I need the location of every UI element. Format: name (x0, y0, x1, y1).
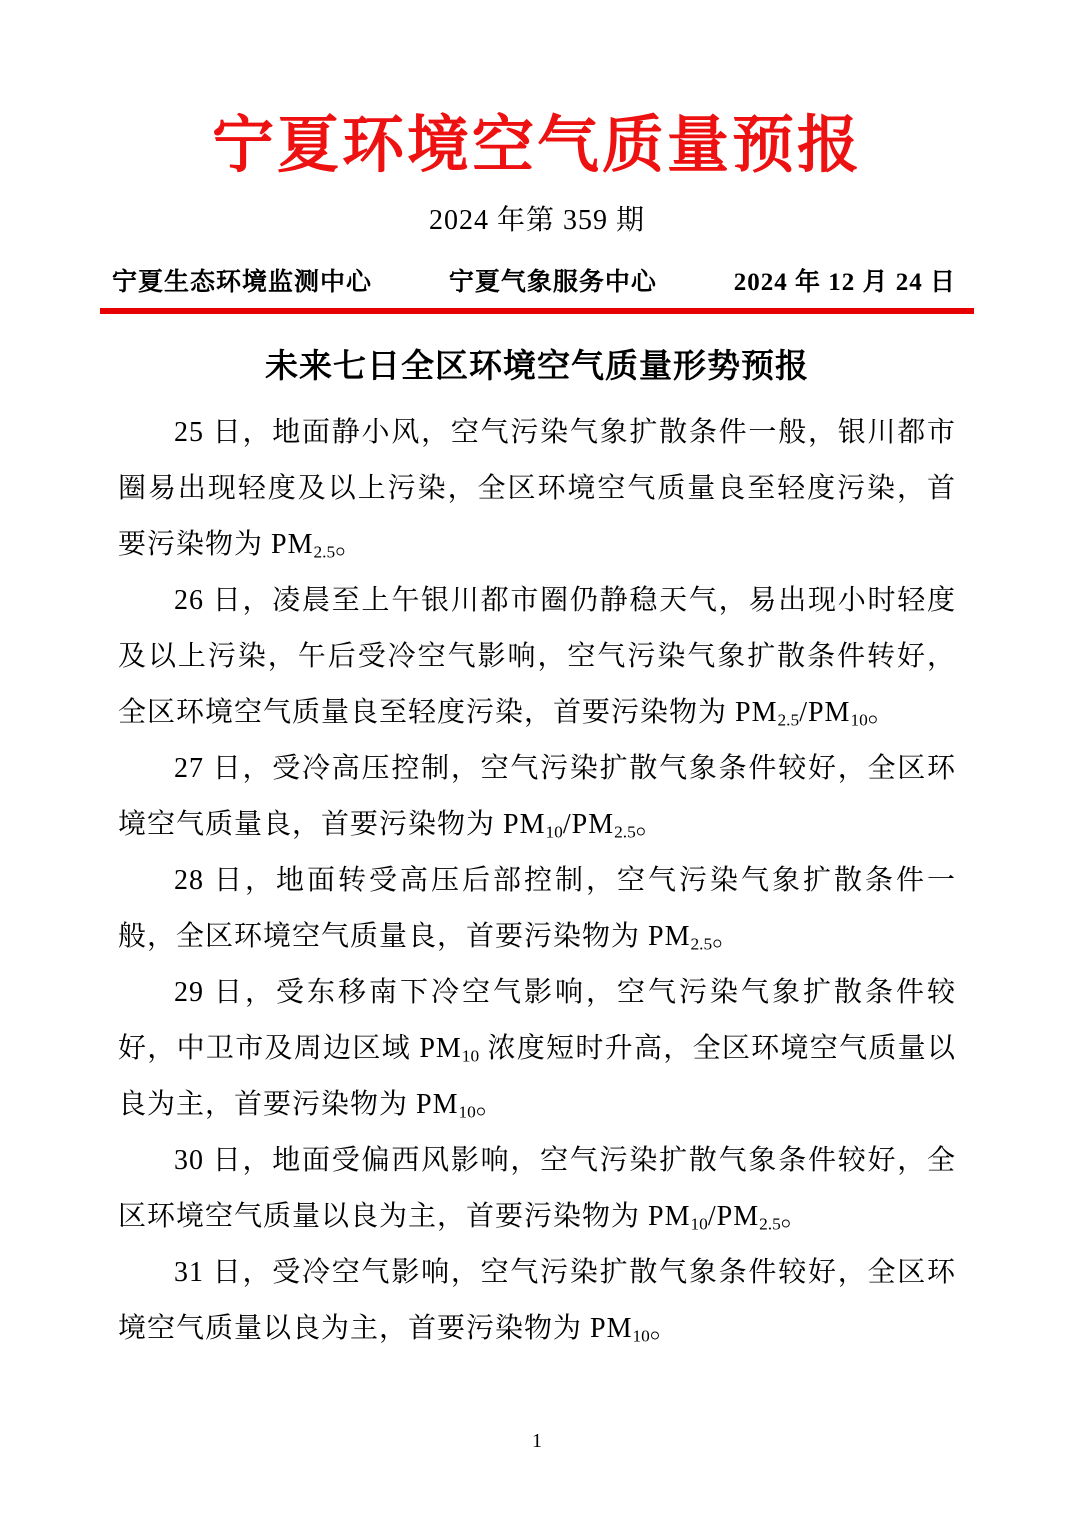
issue-number: 2024 年第 359 期 (0, 198, 1074, 238)
paragraph-text-run: /PM (708, 1201, 759, 1232)
paragraph-text-run: 28 日，地面转受高压后部控制，空气污染气象扩散条件一般，全区环境空气质量良，首… (118, 865, 956, 952)
paragraph-text-run: 30 日，地面受偏西风影响，空气污染扩散气象条件较好，全区环境空气质量以良为主，… (118, 1145, 956, 1232)
pollutant-subscript: 2.5 (690, 934, 712, 953)
pollutant-subscript: 2.5 (614, 822, 636, 841)
paragraph-text-run: 。 (712, 921, 741, 952)
header-date: 2024 年 12 月 24 日 (734, 262, 956, 298)
paragraph-text-run: /PM (563, 809, 614, 840)
pollutant-subscript: 10 (545, 822, 562, 841)
paragraph-text-run: 。 (868, 697, 897, 728)
forecast-paragraph-day-31: 31 日，受冷空气影响，空气污染扩散气象条件较好，全区环境空气质量以良为主，首要… (118, 1245, 956, 1357)
pollutant-subscript: 10 (690, 1214, 707, 1233)
document-title: 宁夏环境空气质量预报 (0, 0, 1074, 186)
forecast-paragraphs: 25 日，地面静小风，空气污染气象扩散条件一般，银川都市圈易出现轻度及以上污染，… (118, 405, 956, 1357)
paragraph-text-run: 。 (476, 1089, 505, 1120)
paragraph-text-run: 31 日，受冷空气影响，空气污染扩散气象条件较好，全区环境空气质量以良为主，首要… (118, 1257, 956, 1344)
section-title: 未来七日全区环境空气质量形势预报 (0, 340, 1074, 387)
forecast-paragraph-day-26: 26 日，凌晨至上午银川都市圈仍静稳天气，易出现小时轻度及以上污染，午后受冷空气… (118, 573, 956, 741)
paragraph-text-run: /PM (799, 697, 850, 728)
paragraph-text-run: 。 (636, 809, 665, 840)
pollutant-subscript: 10 (850, 710, 867, 729)
pollutant-subscript: 2.5 (313, 542, 335, 561)
paragraph-text-run: 。 (335, 529, 364, 560)
forecast-paragraph-day-29: 29 日，受东移南下冷空气影响，空气污染气象扩散条件较好，中卫市及周边区域 PM… (118, 965, 956, 1133)
forecast-paragraph-day-28: 28 日，地面转受高压后部控制，空气污染气象扩散条件一般，全区环境空气质量良，首… (118, 853, 956, 965)
paragraph-text-run: 。 (781, 1201, 810, 1232)
forecast-paragraph-day-27: 27 日，受冷高压控制，空气污染扩散气象条件较好，全区环境空气质量良，首要污染物… (118, 741, 956, 853)
org-name-middle: 宁夏气象服务中心 (449, 262, 657, 298)
forecast-paragraph-day-30: 30 日，地面受偏西风影响，空气污染扩散气象条件较好，全区环境空气质量以良为主，… (118, 1133, 956, 1245)
paragraph-text-run: 27 日，受冷高压控制，空气污染扩散气象条件较好，全区环境空气质量良，首要污染物… (118, 753, 956, 840)
org-name-left: 宁夏生态环境监测中心 (112, 262, 372, 298)
pollutant-subscript: 2.5 (759, 1214, 781, 1233)
page-number: 1 (0, 1430, 1074, 1453)
paragraph-text-run: 。 (650, 1313, 679, 1344)
red-divider-rule (100, 308, 974, 314)
paragraph-text-run: 25 日，地面静小风，空气污染气象扩散条件一般，银川都市圈易出现轻度及以上污染，… (118, 417, 956, 560)
forecast-paragraph-day-25: 25 日，地面静小风，空气污染气象扩散条件一般，银川都市圈易出现轻度及以上污染，… (118, 405, 956, 573)
document-page: 宁夏环境空气质量预报 2024 年第 359 期 宁夏生态环境监测中心 宁夏气象… (0, 0, 1074, 1520)
pollutant-subscript: 10 (462, 1046, 479, 1065)
header-org-row: 宁夏生态环境监测中心 宁夏气象服务中心 2024 年 12 月 24 日 (112, 262, 956, 298)
pollutant-subscript: 2.5 (777, 710, 799, 729)
pollutant-subscript: 10 (632, 1326, 649, 1345)
pollutant-subscript: 10 (458, 1102, 475, 1121)
